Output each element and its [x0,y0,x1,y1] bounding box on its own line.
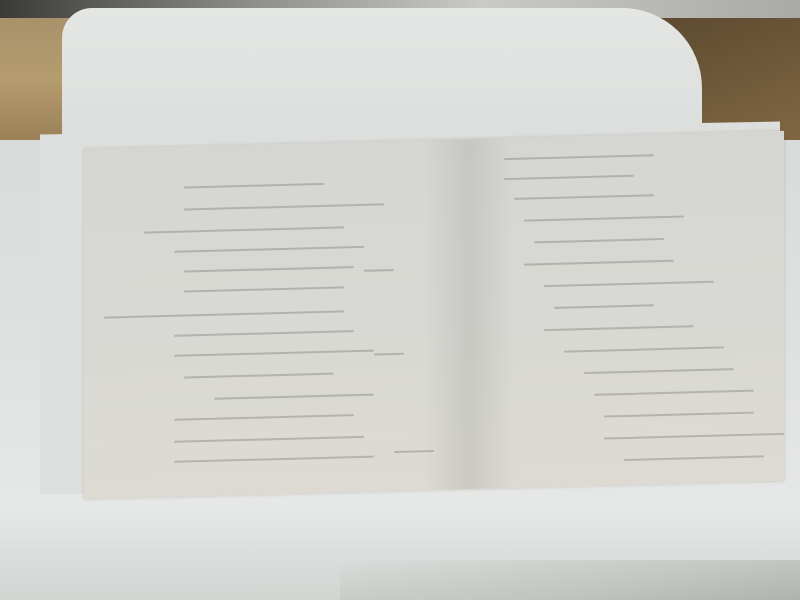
script-line [604,412,754,418]
script-line [174,414,354,421]
script-line [174,456,374,463]
manuscript-page [84,131,784,499]
script-line [504,154,654,160]
script-line [184,183,324,189]
script-line [564,346,724,352]
script-line [594,390,754,396]
script-line [184,204,354,210]
script-line [584,368,734,374]
script-line [184,286,344,292]
script-line [364,269,394,272]
page-gutter [424,138,514,490]
script-line [534,238,664,243]
script-line [524,215,684,221]
script-line [544,325,694,331]
script-line [544,281,714,287]
script-line [174,350,374,357]
script-line [214,394,374,400]
script-line [524,260,674,266]
script-line [174,330,354,337]
script-line [514,194,654,200]
script-line [174,436,364,443]
script-line [144,226,344,233]
script-line [374,353,404,356]
script-line [504,175,634,180]
script-line [104,310,344,318]
script-line [624,455,764,461]
photo-scene [0,0,800,600]
script-line [174,246,364,253]
script-line [604,433,784,440]
script-line [354,203,384,206]
script-line [184,373,334,379]
script-line [184,266,354,272]
script-line [554,304,654,309]
